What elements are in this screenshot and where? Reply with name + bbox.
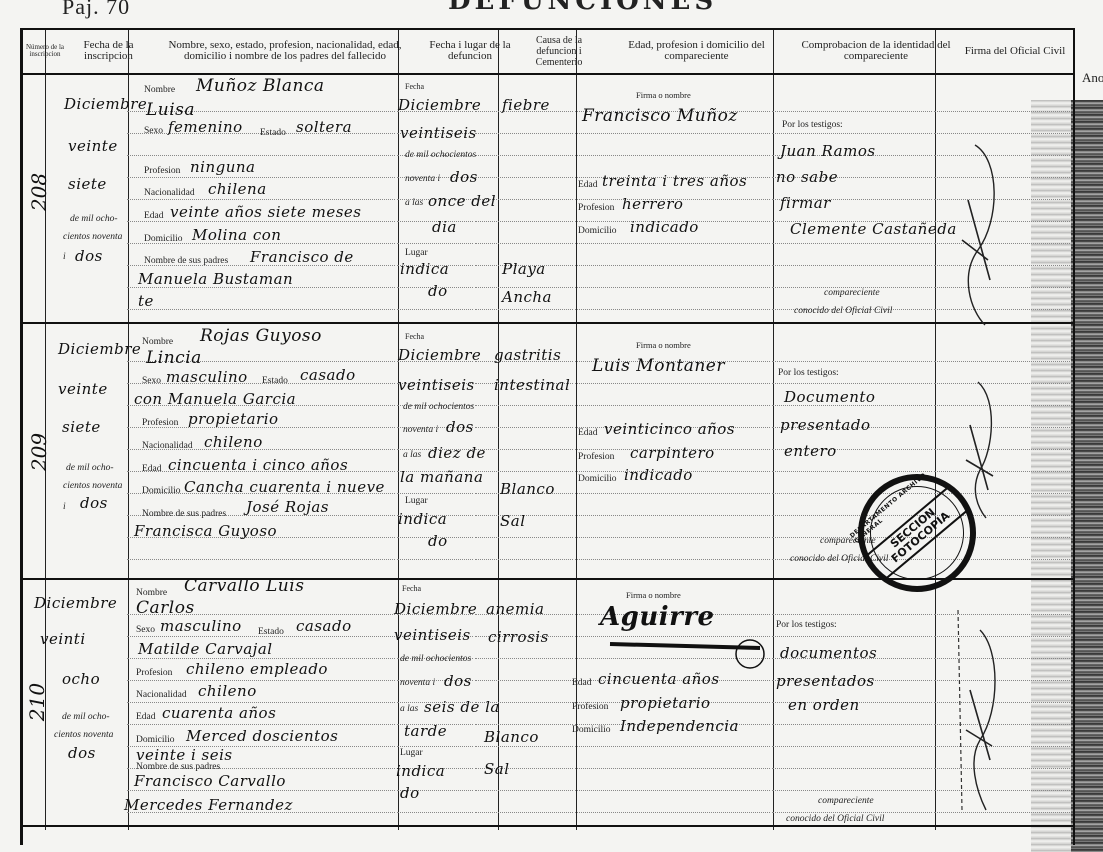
ruling-line bbox=[397, 309, 473, 310]
deceased-surname: Rojas Guyoso bbox=[200, 326, 322, 346]
ruling-line bbox=[475, 746, 573, 747]
label-cientos-noventa: cientos noventa bbox=[63, 232, 122, 242]
ruling-line bbox=[475, 177, 573, 178]
col-divider bbox=[773, 30, 774, 830]
deceased-surname: Muñoz Blanca bbox=[196, 76, 325, 96]
label-noventa-i: noventa i bbox=[403, 425, 438, 435]
ruling-line bbox=[575, 515, 770, 516]
label-profesion: Profesion bbox=[136, 668, 172, 678]
death-date-day: veintiseis bbox=[400, 124, 477, 142]
label-domicilio: Domicilio bbox=[578, 226, 617, 236]
label-lugar: Lugar bbox=[400, 748, 423, 758]
deceased-spouse: Matilde Carvajal bbox=[138, 640, 273, 658]
ruling-line bbox=[475, 449, 573, 450]
label-mil-ochocientos: de mil ochocientos bbox=[403, 402, 474, 412]
header-rule bbox=[23, 73, 1073, 75]
deceased-profesion: chileno empleado bbox=[186, 660, 328, 678]
parents-line3: te bbox=[138, 292, 154, 310]
deceased-sexo: masculino bbox=[166, 368, 248, 386]
ruling-line bbox=[772, 471, 932, 472]
cause-of-death: fiebre bbox=[502, 96, 550, 114]
header-fecha-inscripcion: Fecha de la inscripcion bbox=[67, 30, 150, 72]
label-profesion: Profesion bbox=[142, 418, 178, 428]
col-divider bbox=[935, 30, 936, 830]
deceased-given-name: Carlos bbox=[136, 598, 195, 618]
registration-number: 208 bbox=[27, 173, 51, 211]
label-estado: Estado bbox=[258, 627, 284, 637]
ruling-line bbox=[575, 309, 770, 310]
ruling-line bbox=[127, 790, 395, 791]
ruling-line bbox=[127, 658, 395, 659]
parents-line2: Mercedes Fernandez bbox=[124, 796, 293, 814]
label-sexo: Sexo bbox=[144, 126, 163, 136]
ruling-line bbox=[575, 287, 770, 288]
ruling-line bbox=[575, 265, 770, 266]
deceased-surname: Carvallo Luis bbox=[184, 576, 304, 596]
label-nacionalidad: Nacionalidad bbox=[144, 188, 195, 198]
deceased-profesion: ninguna bbox=[190, 158, 256, 176]
ruling-line bbox=[475, 471, 573, 472]
ruling-line bbox=[127, 199, 395, 200]
ruling-line bbox=[127, 177, 395, 178]
ruling-line bbox=[475, 133, 573, 134]
deceased-nacionalidad: chileno bbox=[204, 433, 263, 451]
death-date-month: Diciembre bbox=[398, 346, 481, 364]
label-compareciente: compareciente bbox=[818, 796, 874, 806]
cemetery: Blanco bbox=[500, 480, 555, 498]
deceased-estado: soltera bbox=[296, 118, 352, 136]
ruling-line bbox=[772, 111, 932, 112]
ruling-line bbox=[575, 812, 770, 813]
label-compareciente: compareciente bbox=[824, 288, 880, 298]
deceased-given-name: Lincia bbox=[146, 348, 202, 368]
death-time2: tarde bbox=[404, 722, 447, 740]
label-domicilio: Domicilio bbox=[144, 234, 183, 244]
death-date-month: Diciembre bbox=[394, 600, 477, 618]
page-title: DEFUNCIONES bbox=[448, 0, 717, 16]
ruling-line bbox=[575, 405, 770, 406]
label-noventa-i: noventa i bbox=[400, 678, 435, 688]
label-domicilio: Domicilio bbox=[142, 486, 181, 496]
registration-number: 209 bbox=[27, 433, 51, 471]
label-de-mil: de mil ocho- bbox=[66, 463, 114, 473]
ruling-line bbox=[772, 243, 932, 244]
label-lugar: Lugar bbox=[405, 248, 428, 258]
label-domicilio: Domicilio bbox=[578, 474, 617, 484]
label-fecha: Fecha bbox=[402, 584, 421, 593]
witness-line2: presentado bbox=[780, 416, 871, 434]
ruling-line bbox=[575, 133, 770, 134]
label-padres: Nombre de sus padres bbox=[144, 256, 228, 266]
ruling-line bbox=[575, 493, 770, 494]
ruling-line bbox=[475, 427, 573, 428]
ruling-line bbox=[772, 383, 932, 384]
parents-line1: José Rojas bbox=[246, 498, 329, 516]
death-date-year: dos bbox=[444, 672, 472, 690]
cemetery2: Sal bbox=[484, 760, 510, 778]
ruling-line bbox=[772, 133, 932, 134]
ruling-line bbox=[772, 614, 932, 615]
death-time: seis de la bbox=[424, 698, 500, 716]
ruling-line bbox=[772, 265, 932, 266]
ruling-line bbox=[575, 746, 770, 747]
fecha-inscripcion-year: dos bbox=[80, 494, 108, 512]
ruling-line bbox=[575, 537, 770, 538]
col-divider bbox=[128, 30, 129, 830]
fecha-inscripcion-day2: siete bbox=[68, 175, 107, 193]
col-divider bbox=[398, 30, 399, 830]
cemetery: Playa bbox=[502, 260, 546, 278]
declarant-age: cincuenta años bbox=[598, 670, 720, 688]
header-firma-oficial: Firma del Oficial Civil bbox=[957, 30, 1073, 72]
label-a-las: a las bbox=[405, 198, 423, 208]
label-a-las: a las bbox=[403, 450, 421, 460]
death-place: indica bbox=[398, 510, 447, 528]
fecha-inscripcion-day: veinti bbox=[40, 630, 86, 648]
ruling-line bbox=[475, 405, 573, 406]
witness-line1: Juan Ramos bbox=[780, 142, 876, 160]
death-place2: do bbox=[428, 532, 448, 550]
witness-line4: Clemente Castañeda bbox=[790, 220, 957, 238]
declarant-address: indicado bbox=[630, 218, 699, 236]
deceased-edad: veinte años siete meses bbox=[170, 203, 362, 221]
label-profesion: Profesion bbox=[572, 702, 608, 712]
label-i: i bbox=[63, 252, 66, 262]
cemetery2: Ancha bbox=[502, 288, 552, 306]
declarant-profession: propietario bbox=[620, 694, 711, 712]
parents-line1: Francisco Carvallo bbox=[134, 772, 286, 790]
declarant-signature: Francisco Muñoz bbox=[582, 106, 738, 126]
page-number: Paj. 70 bbox=[62, 0, 130, 20]
header-fecha-lugar: Fecha i lugar de la defuncion bbox=[420, 30, 520, 72]
death-place: indica bbox=[396, 762, 445, 780]
ruling-line bbox=[127, 724, 395, 725]
label-de-mil: de mil ocho- bbox=[62, 712, 110, 722]
ruling-line bbox=[575, 383, 770, 384]
declarant-profession: carpintero bbox=[630, 444, 715, 462]
ruling-line bbox=[127, 309, 395, 310]
deceased-sexo: femenino bbox=[168, 118, 243, 136]
death-date-year: dos bbox=[446, 418, 474, 436]
fecha-inscripcion-month: Diciembre bbox=[58, 340, 141, 358]
cemetery2: Sal bbox=[500, 512, 526, 530]
label-estado: Estado bbox=[262, 376, 288, 386]
witness-line1: Documento bbox=[784, 388, 875, 406]
deceased-profesion: propietario bbox=[188, 410, 279, 428]
deceased-edad: cincuenta i cinco años bbox=[168, 456, 348, 474]
label-padres: Nombre de sus padres bbox=[136, 762, 220, 772]
fecha-inscripcion-month: Diciembre bbox=[64, 95, 147, 113]
ruling-line bbox=[475, 559, 573, 560]
ruling-line bbox=[127, 221, 395, 222]
witness-line3: en orden bbox=[788, 696, 860, 714]
death-date-month: Diciembre bbox=[398, 96, 481, 114]
ruling-line bbox=[397, 812, 473, 813]
ruling-line bbox=[772, 724, 932, 725]
fecha-inscripcion-day2: ocho bbox=[62, 670, 100, 688]
ruling-line bbox=[397, 559, 473, 560]
ruling-line bbox=[772, 768, 932, 769]
label-edad: Edad bbox=[136, 712, 156, 722]
ruling-line bbox=[397, 746, 473, 747]
ruling-line bbox=[475, 724, 573, 725]
fecha-inscripcion-day: veinte bbox=[58, 380, 108, 398]
label-firma-o-nombre: Firma o nombre bbox=[636, 340, 691, 350]
header-compareciente: Edad, profesion i domicilio del comparec… bbox=[598, 30, 795, 72]
declarant-age: treinta i tres años bbox=[602, 172, 747, 190]
death-register-table: Número de la inscripcion Fecha de la ins… bbox=[20, 28, 1075, 845]
label-edad: Edad bbox=[142, 464, 162, 474]
margin-label-ano: Ano bbox=[1082, 70, 1103, 86]
label-sexo: Sexo bbox=[136, 625, 155, 635]
label-mil-ochocientos: de mil ochocientos bbox=[400, 654, 471, 664]
parents-line2: Francisca Guyoso bbox=[134, 522, 277, 540]
label-profesion: Profesion bbox=[578, 452, 614, 462]
ruling-line bbox=[475, 812, 573, 813]
cause-of-death2: cirrosis bbox=[488, 628, 549, 646]
label-firma-o-nombre: Firma o nombre bbox=[626, 590, 681, 600]
deceased-domicilio: Molina con bbox=[192, 226, 281, 244]
label-i: i bbox=[63, 502, 66, 512]
label-edad: Edad bbox=[144, 211, 164, 221]
witness-line1: documentos bbox=[780, 644, 877, 662]
label-edad: Edad bbox=[578, 428, 598, 438]
fecha-inscripcion-year: dos bbox=[68, 744, 96, 762]
ruling-line bbox=[397, 243, 473, 244]
parents-line2: Manuela Bustaman bbox=[138, 270, 293, 288]
label-por-los-testigos: Por los testigos: bbox=[778, 368, 839, 378]
deceased-domicilio: Cancha cuarenta i nueve bbox=[184, 478, 385, 496]
ruling-line bbox=[475, 537, 573, 538]
label-nombre: Nombre bbox=[136, 588, 167, 598]
ruling-line bbox=[475, 658, 573, 659]
witness-line3: entero bbox=[784, 442, 837, 460]
ruling-line bbox=[127, 702, 395, 703]
label-mil-ochocientos: de mil ochocientos bbox=[405, 150, 476, 160]
death-place2: do bbox=[400, 784, 420, 802]
label-a-las: a las bbox=[400, 704, 418, 714]
ruling-line bbox=[475, 155, 573, 156]
fecha-inscripcion-day2: siete bbox=[62, 418, 101, 436]
witness-line2: presentados bbox=[776, 672, 875, 690]
header-causa: Causa de la defuncion i Cementerio bbox=[520, 30, 598, 72]
declarant-address: indicado bbox=[624, 466, 693, 484]
ruling-line bbox=[575, 768, 770, 769]
death-time2: la mañana bbox=[400, 468, 483, 486]
label-firma-o-nombre: Firma o nombre bbox=[636, 90, 691, 100]
declarant-address: Independencia bbox=[620, 717, 739, 735]
ruling-line bbox=[772, 790, 932, 791]
ruling-line bbox=[772, 812, 932, 813]
deceased-spouse: con Manuela Garcia bbox=[134, 390, 296, 408]
ruling-line bbox=[475, 221, 573, 222]
row-divider bbox=[23, 825, 1073, 827]
fecha-inscripcion-year: dos bbox=[75, 247, 103, 265]
row-divider bbox=[23, 322, 1073, 324]
death-time: diez de bbox=[428, 444, 486, 462]
label-noventa-i: noventa i bbox=[405, 174, 440, 184]
ruling-line bbox=[575, 790, 770, 791]
ruling-line bbox=[475, 309, 573, 310]
header-comprobacion: Comprobacion de la identidad del compare… bbox=[795, 30, 957, 72]
ruling-line bbox=[575, 559, 770, 560]
ruling-line bbox=[772, 636, 932, 637]
ruling-line bbox=[772, 746, 932, 747]
cause-of-death2: intestinal bbox=[494, 376, 570, 394]
label-domicilio: Domicilio bbox=[136, 735, 175, 745]
death-time: once del bbox=[428, 192, 496, 210]
deceased-edad: cuarenta años bbox=[162, 704, 276, 722]
label-edad: Edad bbox=[572, 678, 592, 688]
label-domicilio: Domicilio bbox=[572, 725, 611, 735]
label-nacionalidad: Nacionalidad bbox=[136, 690, 187, 700]
witness-line3: firmar bbox=[780, 194, 831, 212]
label-conocido: conocido del Oficial Civil bbox=[794, 306, 892, 316]
label-cientos-noventa: cientos noventa bbox=[63, 481, 122, 491]
label-padres: Nombre de sus padres bbox=[142, 509, 226, 519]
label-estado: Estado bbox=[260, 128, 286, 138]
ruling-line bbox=[772, 361, 932, 362]
signature-underline bbox=[590, 610, 790, 670]
label-fecha: Fecha bbox=[405, 332, 424, 341]
death-date-day: veintiseis bbox=[398, 376, 475, 394]
deceased-nacionalidad: chileno bbox=[198, 682, 257, 700]
declarant-profession: herrero bbox=[622, 195, 683, 213]
registration-number: 210 bbox=[25, 683, 49, 721]
death-date-day: veintiseis bbox=[394, 626, 471, 644]
label-profesion: Profesion bbox=[144, 166, 180, 176]
death-place: indica bbox=[400, 260, 449, 278]
fecha-inscripcion-month: Diciembre bbox=[34, 594, 117, 612]
death-place2: do bbox=[428, 282, 448, 300]
ruling-line bbox=[475, 243, 573, 244]
witness-line2: no sabe bbox=[776, 168, 838, 186]
ruling-line bbox=[934, 133, 1070, 134]
label-edad: Edad bbox=[578, 180, 598, 190]
label-sexo: Sexo bbox=[142, 376, 161, 386]
label-profesion: Profesion bbox=[578, 203, 614, 213]
deceased-given-name: Luisa bbox=[146, 100, 195, 120]
ruling-line bbox=[575, 243, 770, 244]
deceased-estado: casado bbox=[296, 617, 352, 635]
label-de-mil: de mil ocho- bbox=[70, 214, 118, 224]
cemetery: Blanco bbox=[484, 728, 539, 746]
death-date-year: dos bbox=[450, 168, 478, 186]
cause-of-death: anemia bbox=[486, 600, 544, 618]
label-lugar: Lugar bbox=[405, 496, 428, 506]
label-por-los-testigos: Por los testigos: bbox=[776, 620, 837, 630]
deceased-nacionalidad: chilena bbox=[208, 180, 267, 198]
header-numero: Número de la inscripcion bbox=[23, 30, 67, 72]
official-signature-flourish bbox=[940, 600, 1010, 820]
cause-of-death: gastritis bbox=[494, 346, 561, 364]
ruling-line bbox=[934, 111, 1070, 112]
label-fecha: Fecha bbox=[405, 82, 424, 91]
deceased-domicilio: Merced doscientos bbox=[186, 727, 338, 745]
scan-edge-binding bbox=[1071, 100, 1103, 852]
ruling-line bbox=[575, 155, 770, 156]
label-nacionalidad: Nacionalidad bbox=[142, 441, 193, 451]
declarant-signature: Luis Montaner bbox=[592, 356, 725, 376]
ruling-line bbox=[475, 680, 573, 681]
ruling-line bbox=[397, 493, 473, 494]
ruling-line bbox=[934, 361, 1070, 362]
death-time2: dia bbox=[432, 218, 457, 236]
label-cientos-noventa: cientos noventa bbox=[54, 730, 113, 740]
ruling-line bbox=[127, 559, 395, 560]
deceased-sexo: masculino bbox=[160, 617, 242, 635]
deceased-estado: casado bbox=[300, 366, 356, 384]
label-nombre: Nombre bbox=[144, 85, 175, 95]
label-por-los-testigos: Por los testigos: bbox=[782, 120, 843, 130]
parents-line1: Francisco de bbox=[250, 248, 354, 266]
official-signature-flourish bbox=[940, 140, 1010, 330]
ruling-line bbox=[127, 155, 395, 156]
header-nombre: Nombre, sexo, estado, profesion, naciona… bbox=[150, 30, 420, 72]
ruling-line bbox=[127, 680, 395, 681]
fecha-inscripcion-day: veinte bbox=[68, 137, 118, 155]
label-nombre: Nombre bbox=[142, 337, 173, 347]
ruling-line bbox=[475, 790, 573, 791]
label-conocido: conocido del Oficial Civil bbox=[786, 814, 884, 824]
declarant-age: veinticinco años bbox=[604, 420, 735, 438]
